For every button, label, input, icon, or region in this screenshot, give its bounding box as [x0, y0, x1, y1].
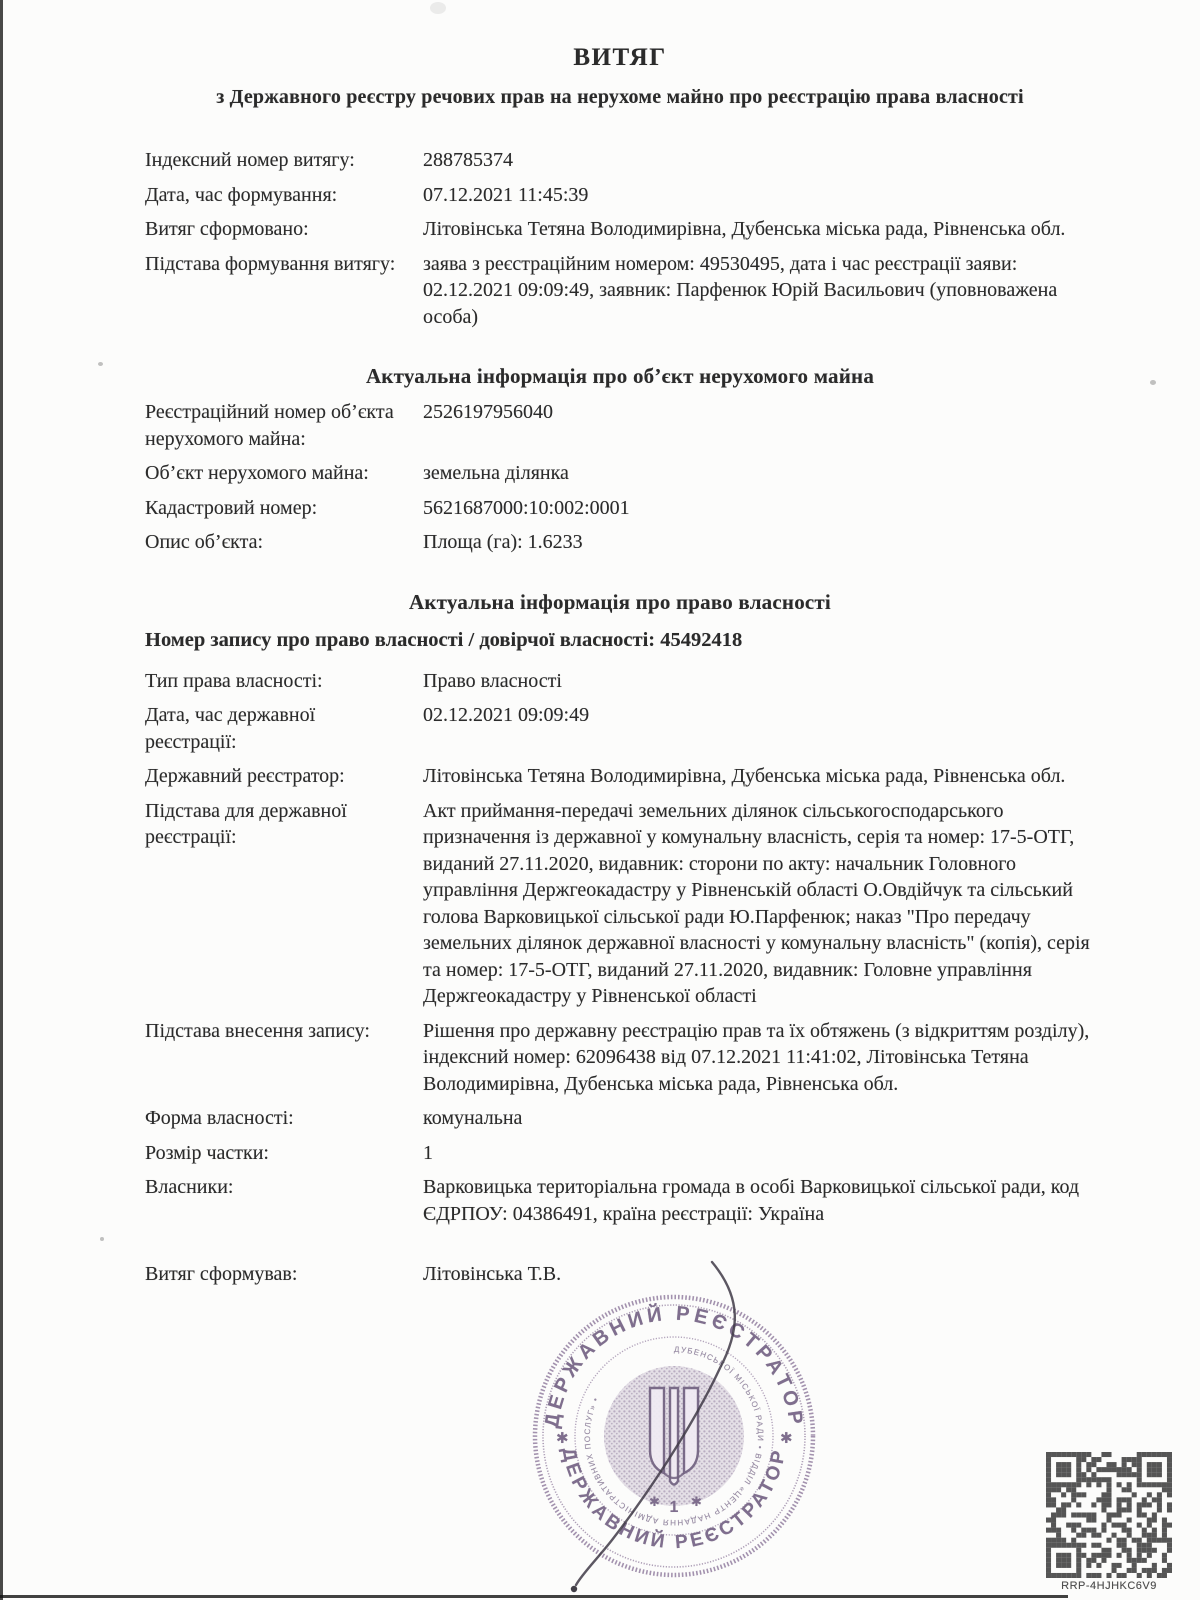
field-label: Підстава формування витягу:: [145, 251, 423, 331]
header-fields: Індексний номер витягу: 288785374 Дата, …: [145, 147, 1095, 330]
field-label: Розмір частки:: [145, 1140, 423, 1167]
field-label: Підстава для державної реєстрації:: [145, 798, 423, 1010]
field-value: земельна ділянка: [423, 460, 1095, 487]
seal-graphic: ДЕРЖАВНИЙ РЕЄСТРАТОР ДЕРЖАВНИЙ РЕЄСТРАТО…: [528, 1290, 820, 1582]
scan-speck: [98, 362, 103, 366]
object-fields: Реєстраційний номер об’єкта нерухомого м…: [145, 399, 1095, 556]
field-value: Літовінська Тетяна Володимирівна, Дубенс…: [423, 216, 1095, 243]
seal-bottom-arc-text: ДЕРЖАВНИЙ РЕЄСТРАТОР: [558, 1446, 791, 1553]
document-content: ВИТЯГ з Державного реєстру речових прав …: [0, 0, 1200, 1288]
field-value: Право власності: [423, 668, 1095, 695]
field-row: Власники: Варковицька територіальна гром…: [145, 1174, 1095, 1227]
field-value: Літовінська Т.В.: [423, 1261, 1095, 1288]
seal-star-right: ✱: [691, 1494, 702, 1509]
field-row: Розмір частки: 1: [145, 1140, 1095, 1167]
seal-bottom-arc-text-holder: ДЕРЖАВНИЙ РЕЄСТРАТОР: [558, 1446, 791, 1553]
field-label: Витяг сформував:: [145, 1261, 423, 1288]
trident-emblem: [650, 1388, 698, 1485]
field-value: заява з реєстраційним номером: 49530495,…: [423, 251, 1095, 331]
field-value: 1: [423, 1140, 1095, 1167]
field-row: Підстава внесення запису: Рішення про де…: [145, 1018, 1095, 1098]
field-row: Об’єкт нерухомого майна: земельна ділянк…: [145, 460, 1095, 487]
field-label: Об’єкт нерухомого майна:: [145, 460, 423, 487]
state-registrar-seal: ДЕРЖАВНИЙ РЕЄСТРАТОР ДЕРЖАВНИЙ РЕЄСТРАТО…: [528, 1290, 820, 1582]
field-label: Тип права власності:: [145, 668, 423, 695]
field-row: Індексний номер витягу: 288785374: [145, 147, 1095, 174]
seal-inner-ring-text-holder: ДУБЕНСЬКОЇ МІСЬКОЇ РАДИ • ВІДДІЛ «ЦЕНТР …: [583, 1345, 765, 1527]
field-label: Опис об’єкта:: [145, 529, 423, 556]
seal-inner-ring-text: ДУБЕНСЬКОЇ МІСЬКОЇ РАДИ • ВІДДІЛ «ЦЕНТР …: [583, 1345, 765, 1527]
field-value: 07.12.2021 11:45:39: [423, 182, 1095, 209]
qr-code: [1046, 1452, 1172, 1578]
field-value: 5621687000:10:002:0001: [423, 495, 1095, 522]
scan-speck: [100, 1237, 104, 1241]
scan-edge-bottom: [0, 1595, 1068, 1598]
seal-star-ring-left: ✱: [556, 1430, 569, 1447]
field-value: комунальна: [423, 1105, 1095, 1132]
field-value: Акт приймання-передачі земельних ділянок…: [423, 798, 1095, 1010]
rights-fields: Тип права власності: Право власності Дат…: [145, 668, 1095, 1228]
seal-star-ring-right: ✱: [780, 1430, 793, 1447]
field-value: Площа (га): 1.6233: [423, 529, 1095, 556]
seal-top-arc-text-holder: ДЕРЖАВНИЙ РЕЄСТРАТОР: [541, 1301, 807, 1429]
qr-caption: RRP-4HJHKC6V9: [1030, 1580, 1188, 1592]
field-row: Реєстраційний номер об’єкта нерухомого м…: [145, 399, 1095, 452]
ownership-record-number-line: Номер запису про право власності / довір…: [145, 627, 1095, 654]
field-label: Власники:: [145, 1174, 423, 1227]
field-label: Реєстраційний номер об’єкта нерухомого м…: [145, 399, 423, 452]
field-value: Варковицька територіальна громада в особ…: [423, 1174, 1095, 1227]
field-value: 02.12.2021 09:09:49: [423, 702, 1095, 755]
seal-star-left: ✱: [649, 1494, 660, 1509]
document-title: ВИТЯГ: [145, 44, 1095, 72]
seal-top-arc-text: ДЕРЖАВНИЙ РЕЄСТРАТОР: [541, 1301, 807, 1429]
field-row: Дата, час державної реєстрації: 02.12.20…: [145, 702, 1095, 755]
scan-edge-left: [0, 0, 3, 1600]
field-label: Форма власності:: [145, 1105, 423, 1132]
qr-code-graphic: [1046, 1452, 1172, 1578]
field-row: Державний реєстратор: Літовінська Тетяна…: [145, 763, 1095, 790]
field-label: Індексний номер витягу:: [145, 147, 423, 174]
field-value: Літовінська Тетяна Володимирівна, Дубенс…: [423, 763, 1095, 790]
field-row: Форма власності: комунальна: [145, 1105, 1095, 1132]
field-label: Дата, час формування:: [145, 182, 423, 209]
scanned-document-page: ВИТЯГ з Державного реєстру речових прав …: [0, 0, 1200, 1600]
field-row-extract-author: Витяг сформував: Літовінська Т.В.: [145, 1261, 1095, 1288]
field-value: Рішення про державну реєстрацію прав та …: [423, 1018, 1095, 1098]
section-heading-rights: Актуальна інформація про право власності: [145, 590, 1095, 615]
field-label: Дата, час державної реєстрації:: [145, 702, 423, 755]
field-row: Витяг сформовано: Літовінська Тетяна Вол…: [145, 216, 1095, 243]
section-heading-object: Актуальна інформація про об’єкт нерухомо…: [145, 364, 1095, 389]
field-value: 288785374: [423, 147, 1095, 174]
field-row: Дата, час формування: 07.12.2021 11:45:3…: [145, 182, 1095, 209]
scan-speck: [1150, 380, 1156, 385]
field-row: Опис об’єкта: Площа (га): 1.6233: [145, 529, 1095, 556]
field-row: Кадастровий номер: 5621687000:10:002:000…: [145, 495, 1095, 522]
field-value: 2526197956040: [423, 399, 1095, 452]
field-row: Підстава формування витягу: заява з реєс…: [145, 251, 1095, 331]
seal-center-number: 1: [670, 1499, 679, 1516]
field-label: Державний реєстратор:: [145, 763, 423, 790]
field-row: Тип права власності: Право власності: [145, 668, 1095, 695]
field-label: Підстава внесення запису:: [145, 1018, 423, 1098]
field-row: Підстава для державної реєстрації: Акт п…: [145, 798, 1095, 1010]
field-label: Кадастровий номер:: [145, 495, 423, 522]
field-label: Витяг сформовано:: [145, 216, 423, 243]
document-subtitle: з Державного реєстру речових прав на нер…: [145, 86, 1095, 109]
